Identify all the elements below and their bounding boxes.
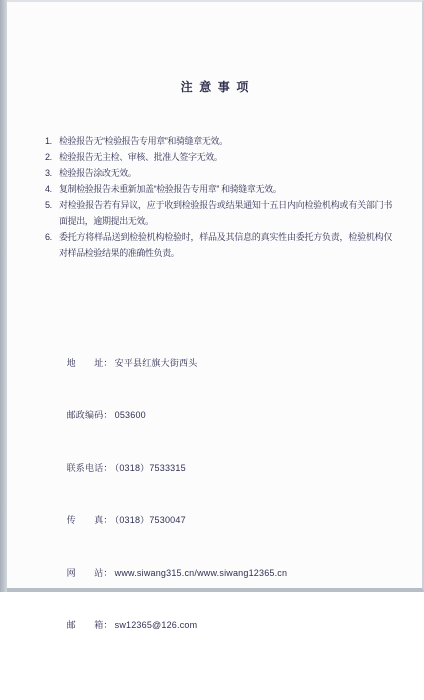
contact-label: 联系电话： bbox=[67, 463, 113, 473]
contact-value: www.siwang315.cn/www.siwang12365.cn bbox=[115, 568, 288, 578]
contact-label: 邮 箱： bbox=[67, 620, 113, 630]
note-item-4: 4. 复制检验报告未重新加盖“检验报告专用章” 和骑缝章无效。 bbox=[45, 181, 392, 197]
contact-value: （0318）7533315 bbox=[115, 463, 186, 473]
note-text: 对检验报告若有异议，应于收到检验报告或结果通知十五日内向检验机构或有关部门书面提… bbox=[59, 197, 392, 229]
note-text: 委托方将样品送到检验机构检验时，样品及其信息的真实性由委托方负责，检验机构仅对样… bbox=[59, 229, 392, 261]
note-item-3: 3. 检验报告涂改无效。 bbox=[45, 165, 392, 181]
contact-value: （0318）7530047 bbox=[115, 515, 186, 525]
note-text: 复制检验报告未重新加盖“检验报告专用章” 和骑缝章无效。 bbox=[59, 181, 392, 197]
scan-left-edge bbox=[0, 0, 7, 592]
note-number: 5. bbox=[45, 197, 59, 229]
contact-row-email: 邮 箱：sw12365@126.com bbox=[45, 600, 422, 653]
notes-list: 1. 检验报告无“检验报告专用章”和骑缝章无效。 2. 检验报告无主检、审核、批… bbox=[7, 133, 422, 261]
contact-label: 传 真： bbox=[67, 515, 113, 525]
note-number: 2. bbox=[45, 149, 59, 165]
contact-row-website: 网 站：www.siwang315.cn/www.siwang12365.cn bbox=[45, 547, 422, 600]
note-number: 4. bbox=[45, 181, 59, 197]
note-text: 检验报告无主检、审核、批准人签字无效。 bbox=[59, 149, 392, 165]
contact-row-phone: 联系电话：（0318）7533315 bbox=[45, 442, 422, 495]
contact-block: 地 址：安平县红旗大街西头 邮政编码：053600 联系电话：（0318）753… bbox=[7, 337, 422, 652]
note-item-2: 2. 检验报告无主检、审核、批准人签字无效。 bbox=[45, 149, 392, 165]
note-number: 6. bbox=[45, 229, 59, 261]
scanned-document: 注意事项 1. 检验报告无“检验报告专用章”和骑缝章无效。 2. 检验报告无主检… bbox=[0, 0, 424, 700]
note-item-6: 6. 委托方将样品送到检验机构检验时，样品及其信息的真实性由委托方负责，检验机构… bbox=[45, 229, 392, 261]
notice-page: 注意事项 1. 检验报告无“检验报告专用章”和骑缝章无效。 2. 检验报告无主检… bbox=[7, 0, 424, 592]
contact-label: 地 址： bbox=[67, 358, 113, 368]
contact-value: 053600 bbox=[115, 410, 146, 420]
contact-row-fax: 传 真：（0318）7530047 bbox=[45, 495, 422, 548]
note-text: 检验报告涂改无效。 bbox=[59, 165, 392, 181]
note-item-5: 5. 对检验报告若有异议，应于收到检验报告或结果通知十五日内向检验机构或有关部门… bbox=[45, 197, 392, 229]
note-text: 检验报告无“检验报告专用章”和骑缝章无效。 bbox=[59, 133, 392, 149]
note-item-1: 1. 检验报告无“检验报告专用章”和骑缝章无效。 bbox=[45, 133, 392, 149]
contact-row-address: 地 址：安平县红旗大街西头 bbox=[45, 337, 422, 390]
note-number: 1. bbox=[45, 133, 59, 149]
contact-value: sw12365@126.com bbox=[115, 620, 198, 630]
contact-value: 安平县红旗大街西头 bbox=[115, 358, 198, 368]
contact-label: 邮政编码： bbox=[67, 410, 113, 420]
note-number: 3. bbox=[45, 165, 59, 181]
contact-label: 网 站： bbox=[67, 568, 113, 578]
contact-row-postcode: 邮政编码：053600 bbox=[45, 390, 422, 443]
page-title: 注意事项 bbox=[7, 78, 422, 95]
